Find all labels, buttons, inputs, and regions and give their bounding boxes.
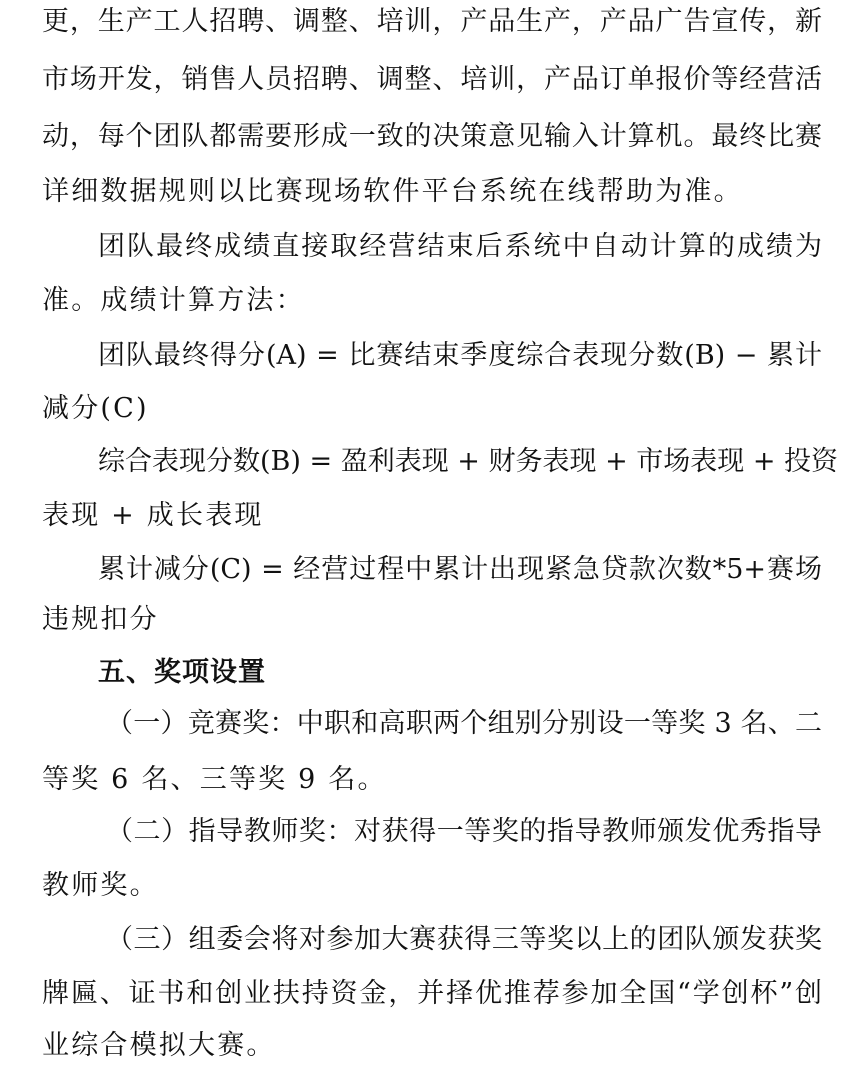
award-item-committee: 业综合模拟大赛。 (42, 1026, 822, 1066)
formula-line-final-score: 减分(C) (42, 389, 822, 429)
paragraph-line: 更，生产工人招聘、调整、培训，产品生产，产品广告宣传，新 (42, 2, 822, 42)
formula-line-composite-score: 表现 + 成长表现 (42, 496, 822, 536)
formula-line-final-score: 团队最终得分(A) = 比赛结束季度综合表现分数(B) − 累计 (98, 336, 822, 376)
paragraph-line: 详细数据规则以比赛现场软件平台系统在线帮助为准。 (42, 172, 822, 212)
formula-line-composite-score: 综合表现分数(B) = 盈利表现 + 财务表现 + 市场表现 + 投资 (98, 442, 822, 482)
award-item-competition: （一）竞赛奖：中职和高职两个组别分别设一等奖 3 名、二 (106, 704, 822, 744)
award-item-instructor: 教师奖。 (42, 866, 822, 906)
formula-line-deductions: 累计减分(C) = 经营过程中累计出现紧急贷款次数*5+赛场 (98, 550, 822, 590)
section-heading: 五、奖项设置 (98, 653, 822, 693)
award-item-committee: 牌匾、证书和创业扶持资金，并择优推荐参加全国“学创杯”创 (42, 974, 822, 1014)
award-item-instructor: （二）指导教师奖：对获得一等奖的指导教师颁发优秀指导 (106, 812, 822, 852)
award-item-competition: 等奖 6 名、三等奖 9 名。 (42, 760, 822, 800)
formula-line-deductions: 违规扣分 (42, 600, 822, 640)
award-item-committee: （三）组委会将对参加大赛获得三等奖以上的团队颁发获奖 (106, 920, 822, 960)
document-page: 更，生产工人招聘、调整、培训，产品生产，产品广告宣传，新 市场开发，销售人员招聘… (0, 0, 868, 1072)
paragraph-line: 动，每个团队都需要形成一致的决策意见输入计算机。最终比赛 (42, 117, 822, 157)
paragraph-line: 准。成绩计算方法： (42, 281, 822, 321)
paragraph-line: 团队最终成绩直接取经营结束后系统中自动计算的成绩为 (98, 227, 822, 267)
paragraph-line: 市场开发，销售人员招聘、调整、培训，产品订单报价等经营活 (42, 60, 822, 100)
